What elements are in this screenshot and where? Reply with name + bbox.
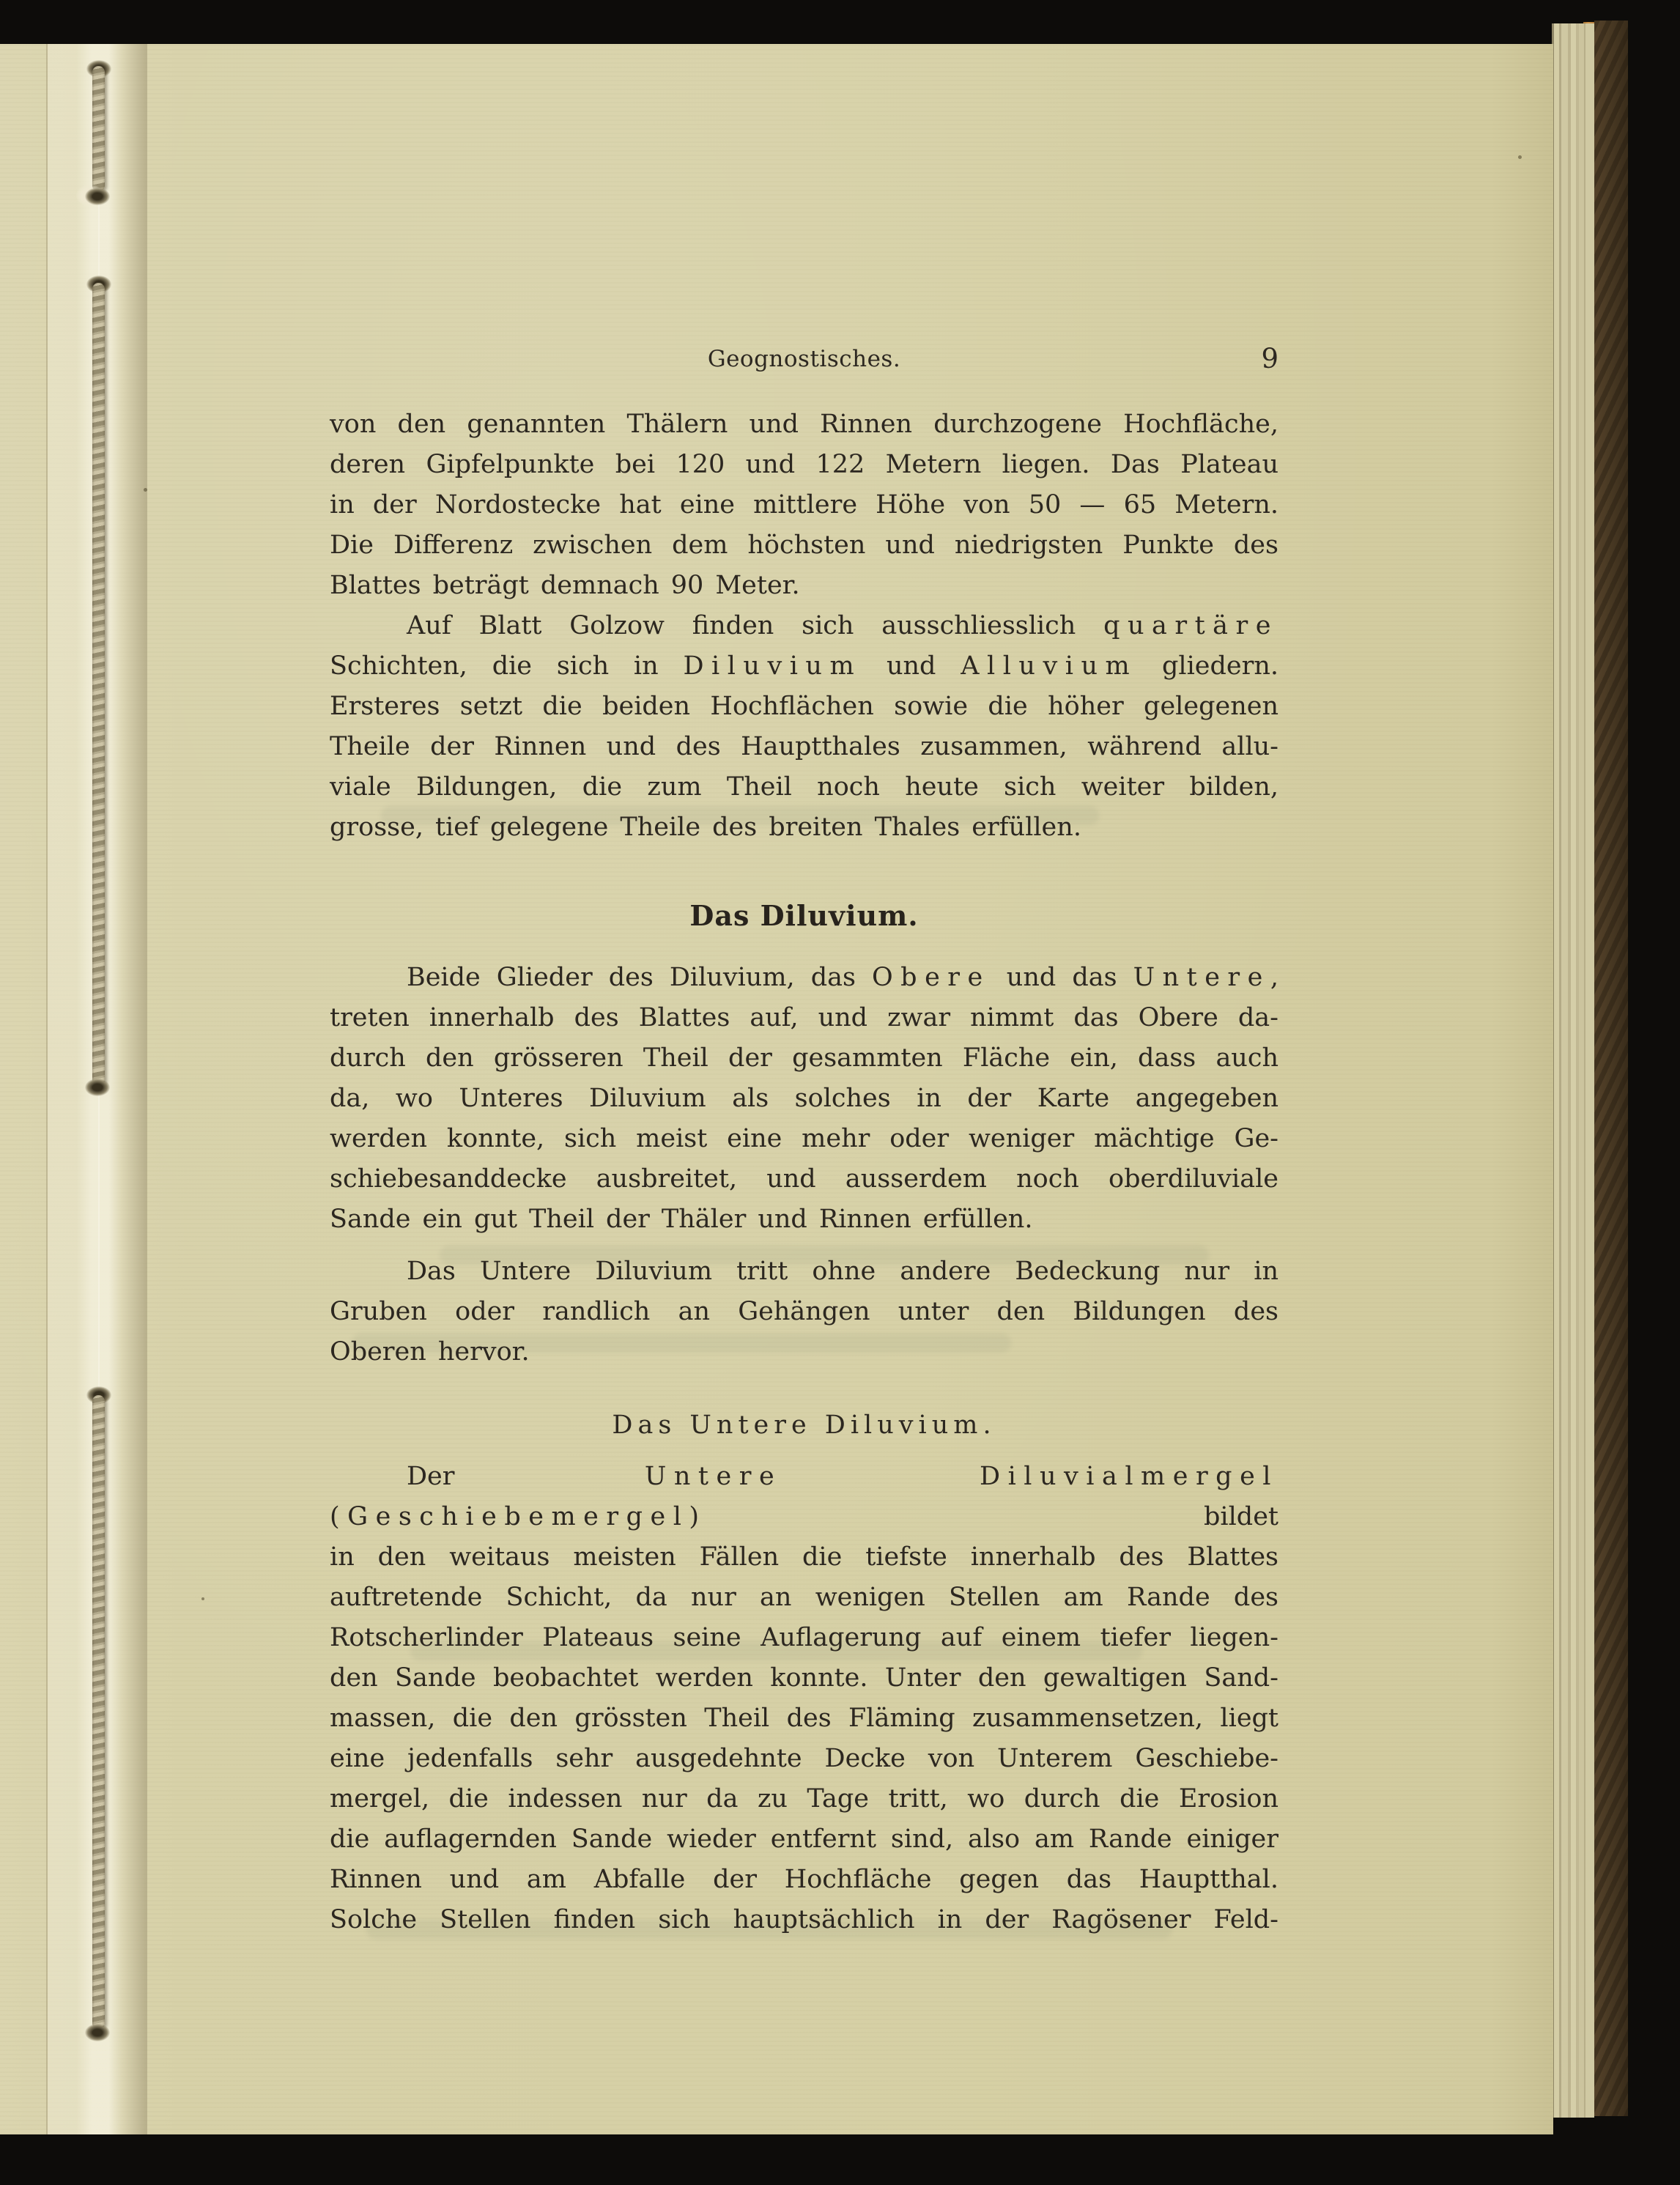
stitch-hole (85, 188, 110, 205)
text-segment: mergel, die indessen nur da zu Tage trit… (330, 1784, 1278, 1814)
stacked-page-edges (1552, 23, 1594, 2118)
text-line: Schichten, die sich in Diluvium und Allu… (330, 646, 1278, 687)
text-segment: viale Bildungen, die zum Theil noch heut… (330, 772, 1278, 802)
text-segment: die auflagernden Sande wieder entfernt s… (330, 1824, 1278, 1854)
text-segment: grosse, tief gelegene Theile des breiten… (330, 813, 1081, 842)
emphasized-term: quartäre (1103, 611, 1278, 640)
text-line: Rinnen und am Abfalle der Hochfläche geg… (330, 1860, 1278, 1900)
text-segment: Gruben oder randlich an Gehängen unter d… (330, 1297, 1278, 1326)
text-line: mergel, die indessen nur da zu Tage trit… (330, 1779, 1278, 1819)
text-segment: Theile der Rinnen und des Hauptthales zu… (330, 732, 1278, 761)
paper-speck (1518, 155, 1522, 159)
text-line: auftretende Schicht, da nur an wenigen S… (330, 1578, 1278, 1618)
text-segment: Der (407, 1462, 645, 1491)
text-segment: , (1270, 963, 1278, 992)
text-line: deren Gipfelpunkte bei 120 und 122 Meter… (330, 445, 1278, 485)
text-segment: Oberen hervor. (330, 1337, 530, 1367)
stitch-thread-segment (92, 283, 105, 1087)
text-segment: werden konnte, sich meist eine mehr oder… (330, 1124, 1278, 1153)
text-line: durch den grösseren Theil der gesammten … (330, 1038, 1278, 1079)
text-segment: Beide Glieder des Diluvium, das (407, 963, 872, 992)
text-segment: deren Gipfelpunkte bei 120 und 122 Meter… (330, 450, 1278, 479)
text-line: Rotscherlinder Plateaus seine Auflagerun… (330, 1618, 1278, 1658)
paragraph-p1: von den genannten Thälern und Rinnen dur… (330, 404, 1278, 606)
text-line: Der Untere Diluvialmergel (Geschiebemerg… (330, 1457, 1278, 1537)
text-segment: Blattes beträgt demnach 90 Meter. (330, 571, 800, 600)
text-segment: Sande ein gut Theil der Thäler und Rinne… (330, 1205, 1032, 1234)
page-header-row: Geognostisches. 9 (330, 346, 1278, 372)
paragraph-p5: Der Untere Diluvialmergel (Geschiebemerg… (330, 1457, 1278, 1940)
text-line: Oberen hervor. (330, 1332, 1278, 1372)
text-line: viale Bildungen, die zum Theil noch heut… (330, 767, 1278, 807)
text-segment: und (862, 651, 961, 681)
text-line: Solche Stellen finden sich hauptsächlich… (330, 1900, 1278, 1940)
text-line: massen, die den grössten Theil des Flämi… (330, 1698, 1278, 1739)
text-segment: Ersteres setzt die beiden Hochflächen so… (330, 692, 1278, 721)
subsection-heading-das-untere-diluvium: Das Untere Diluvium. (330, 1405, 1278, 1446)
text-line: Auf Blatt Golzow finden sich ausschliess… (330, 606, 1278, 646)
book-page: Geognostisches. 9 von den genannten Thäl… (0, 44, 1553, 2134)
emphasized-term: Untere (1133, 963, 1270, 992)
book-cover-edge (1594, 21, 1628, 2116)
text-segment: in den weitaus meisten Fällen die tiefst… (330, 1542, 1278, 1572)
text-segment: den Sande beobachtet werden konnte. Unte… (330, 1663, 1278, 1693)
emphasized-term: Obere (872, 963, 991, 992)
text-line: eine jedenfalls sehr ausgedehnte Decke v… (330, 1739, 1278, 1779)
text-line: Ersteres setzt die beiden Hochflächen so… (330, 687, 1278, 727)
text-segment: und das (991, 963, 1133, 992)
paragraph-p2: Auf Blatt Golzow finden sich ausschliess… (330, 606, 1278, 848)
text-segment: in der Nordostecke hat eine mittlere Höh… (330, 490, 1278, 520)
text-segment: bildet (707, 1502, 1278, 1531)
paper-speck (144, 488, 147, 492)
paper-speck (201, 1597, 204, 1600)
text-line: den Sande beobachtet werden konnte. Unte… (330, 1658, 1278, 1698)
text-segment: von den genannten Thälern und Rinnen dur… (330, 410, 1278, 439)
emphasized-term: Alluvium (961, 651, 1137, 681)
text-line: von den genannten Thälern und Rinnen dur… (330, 404, 1278, 445)
text-segment: gliedern. (1137, 651, 1278, 681)
text-line: Das Untere Diluvium tritt ohne andere Be… (330, 1252, 1278, 1292)
book-scan: { "page": { "running_header": "Geognosti… (0, 0, 1680, 2185)
text-line: schiebesanddecke ausbreitet, und ausserd… (330, 1159, 1278, 1199)
text-segment: Rotscherlinder Plateaus seine Auflagerun… (330, 1623, 1278, 1652)
text-segment: schiebesanddecke ausbreitet, und ausserd… (330, 1164, 1278, 1194)
text-line: werden konnte, sich meist eine mehr oder… (330, 1119, 1278, 1159)
text-segment: Das Untere Diluvium tritt ohne andere Be… (407, 1257, 1278, 1286)
text-line: Die Differenz zwischen dem höchsten und … (330, 525, 1278, 566)
text-line: Blattes beträgt demnach 90 Meter. (330, 566, 1278, 606)
text-segment: Auf Blatt Golzow finden sich ausschliess… (407, 611, 1103, 640)
text-segment: Schichten, die sich in (330, 651, 683, 681)
text-line: Gruben oder randlich an Gehängen unter d… (330, 1292, 1278, 1332)
stitch-hole (85, 2024, 110, 2041)
text-segment: massen, die den grössten Theil des Flämi… (330, 1704, 1278, 1733)
text-segment: Die Differenz zwischen dem höchsten und … (330, 530, 1278, 560)
text-segment: treten innerhalb des Blattes auf, und zw… (330, 1003, 1278, 1032)
text-line: Sande ein gut Theil der Thäler und Rinne… (330, 1199, 1278, 1240)
text-line: in der Nordostecke hat eine mittlere Höh… (330, 485, 1278, 525)
page-number: 9 (1261, 343, 1278, 374)
text-line: Beide Glieder des Diluvium, das Obere un… (330, 958, 1278, 998)
stitch-thread-segment (92, 66, 105, 192)
running-header: Geognostisches. (330, 346, 1278, 372)
text-line: Theile der Rinnen und des Hauptthales zu… (330, 727, 1278, 767)
section-heading-das-diluvium: Das Diluvium. (330, 895, 1278, 936)
text-segment: auftretende Schicht, da nur an wenigen S… (330, 1583, 1278, 1612)
text-line: grosse, tief gelegene Theile des breiten… (330, 807, 1278, 848)
text-line: da, wo Unteres Diluvium als solches in d… (330, 1079, 1278, 1119)
stitch-thread-segment (92, 1395, 105, 2030)
text-line: in den weitaus meisten Fällen die tiefst… (330, 1537, 1278, 1578)
stitch-hole (85, 1079, 110, 1096)
text-segment: da, wo Unteres Diluvium als solches in d… (330, 1084, 1278, 1113)
text-segment: eine jedenfalls sehr ausgedehnte Decke v… (330, 1744, 1278, 1773)
text-segment: Rinnen und am Abfalle der Hochfläche geg… (330, 1865, 1278, 1894)
paragraph-p4: Das Untere Diluvium tritt ohne andere Be… (330, 1252, 1278, 1372)
binding-crease (98, 1088, 100, 1396)
text-segment: Solche Stellen finden sich hauptsächlich… (330, 1905, 1278, 1934)
paragraph-p3: Beide Glieder des Diluvium, das Obere un… (330, 958, 1278, 1240)
text-line: die auflagernden Sande wieder entfernt s… (330, 1819, 1278, 1860)
text-segment: durch den grösseren Theil der gesammten … (330, 1043, 1278, 1073)
emphasized-term: Diluvium (683, 651, 862, 681)
text-block: von den genannten Thälern und Rinnen dur… (330, 404, 1278, 1940)
text-line: treten innerhalb des Blattes auf, und zw… (330, 998, 1278, 1038)
